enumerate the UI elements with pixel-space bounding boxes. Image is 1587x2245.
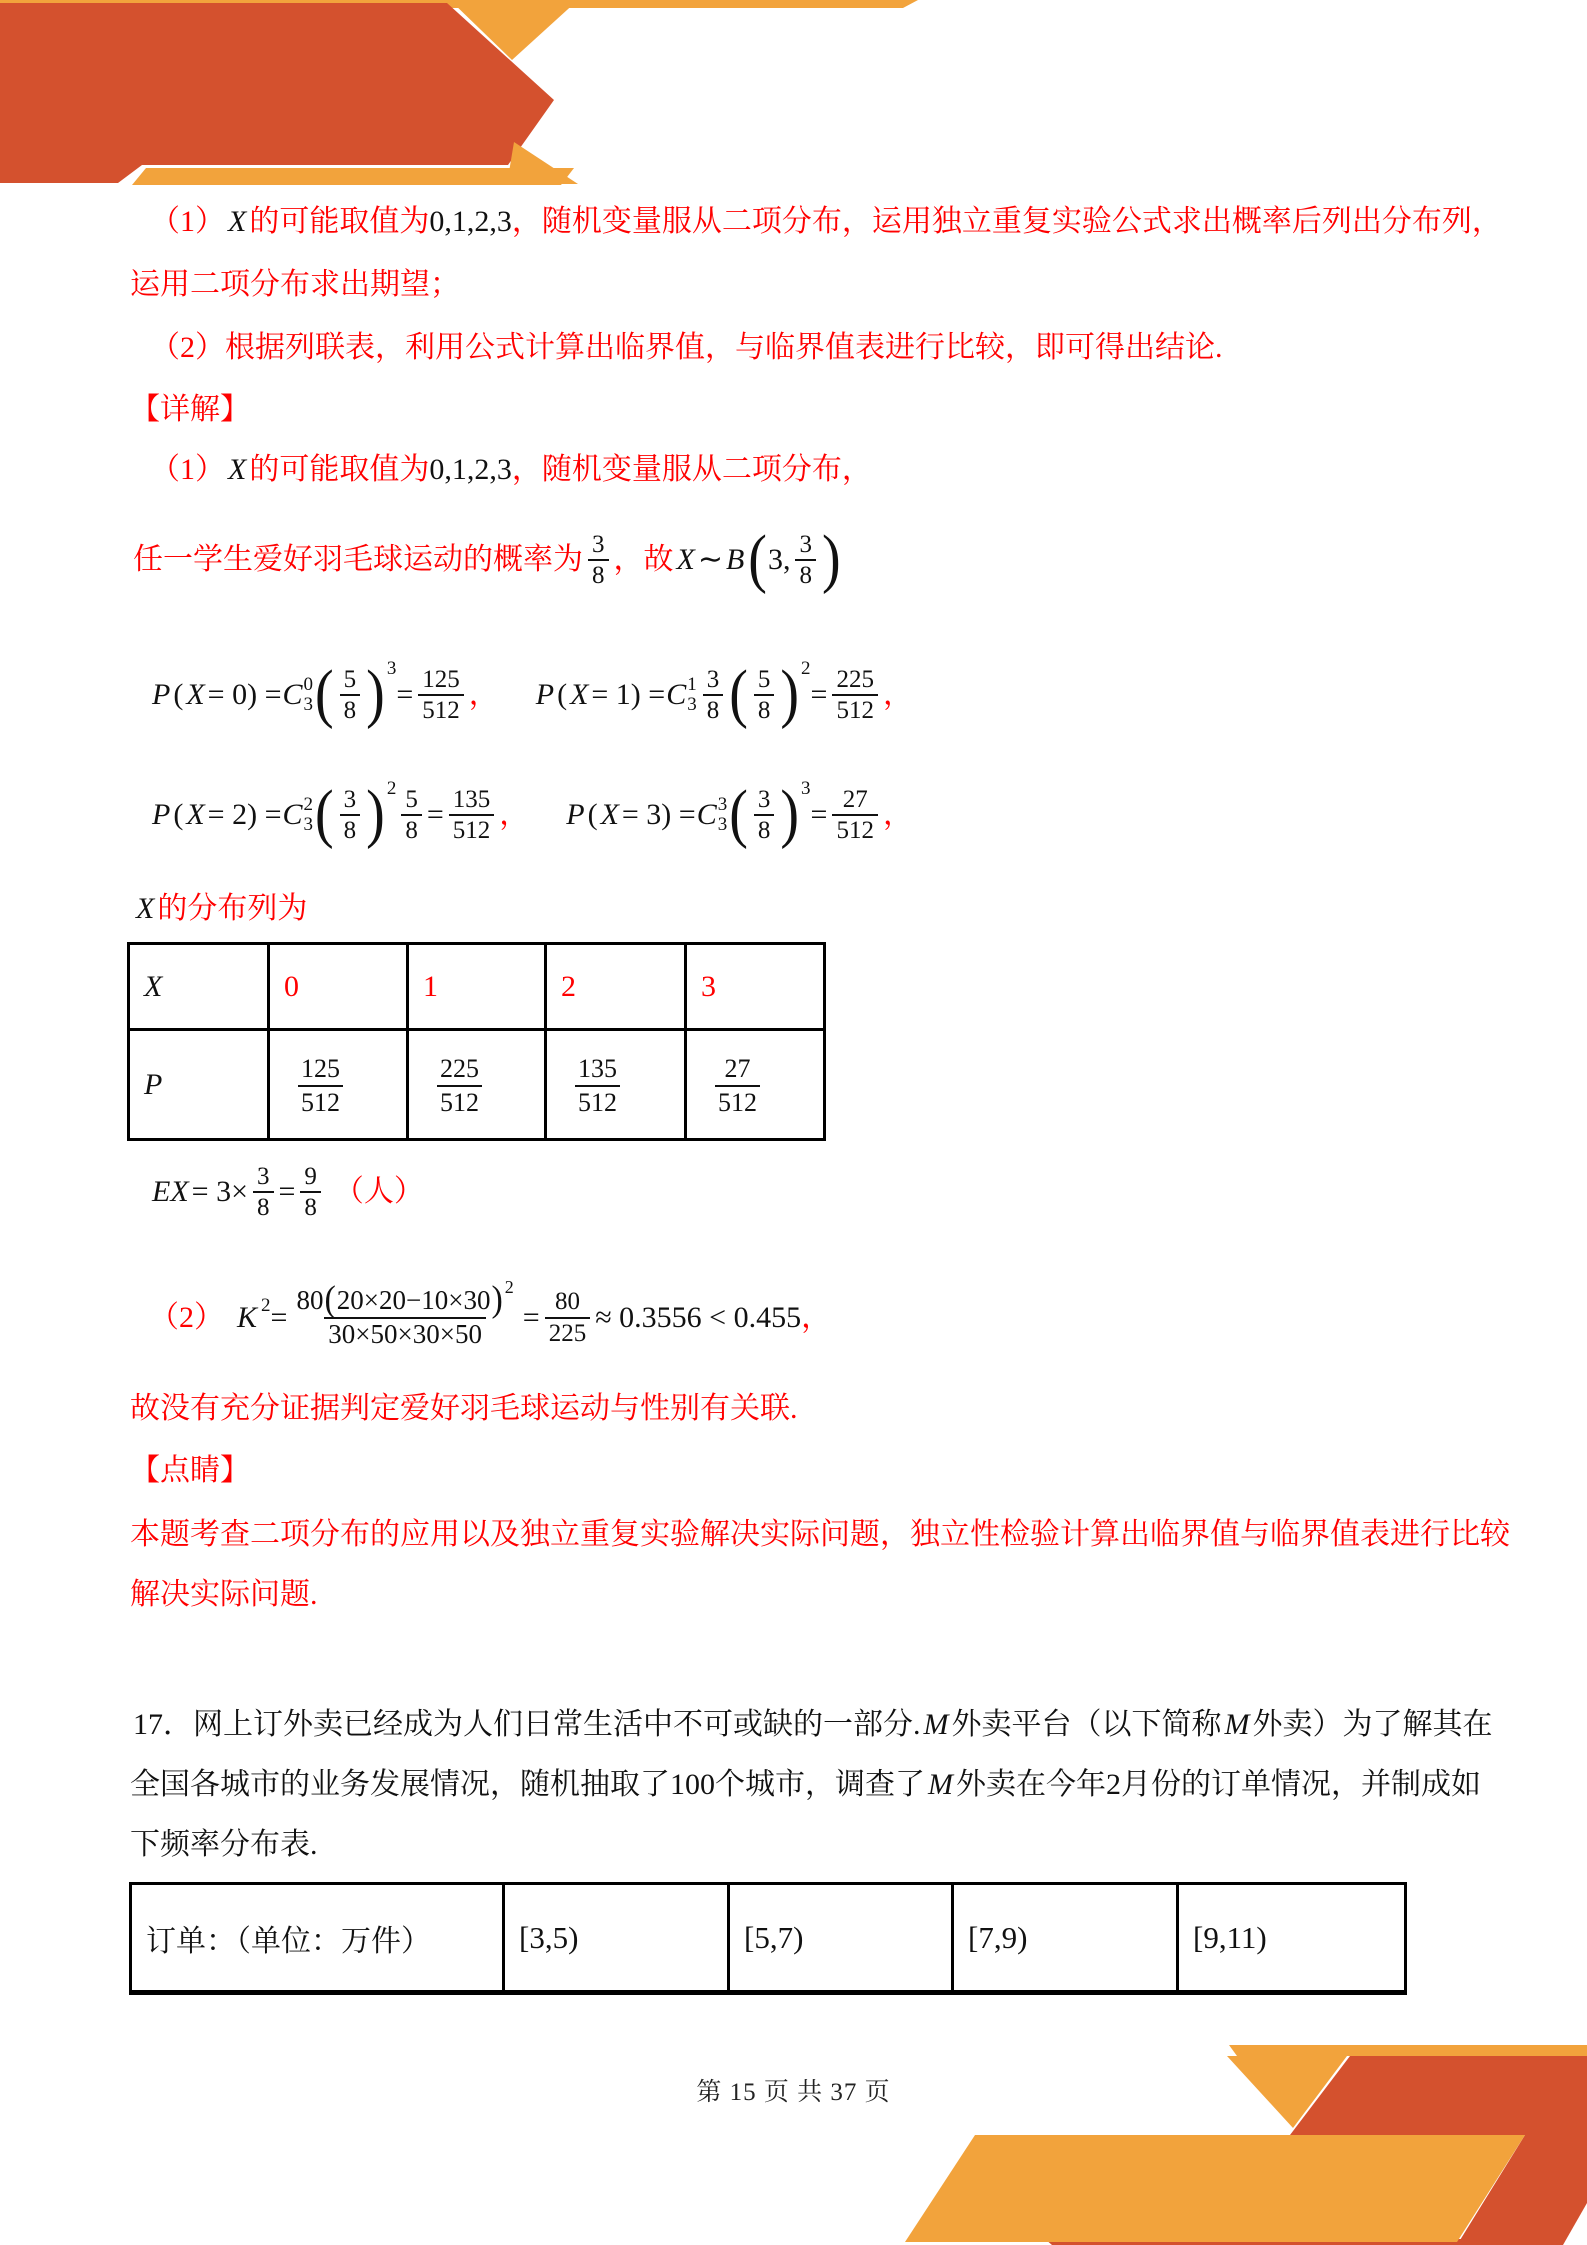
tip-line1: 本题考查二项分布的应用以及独立重复实验解决实际问题，独立性检验计算出临界值与临界… [130, 1515, 1510, 1555]
fraction: 27512 [715, 1054, 760, 1118]
table-cell: 125512 [269, 1030, 408, 1140]
freq-table-interval-cell: [7,9) [953, 1884, 1178, 1993]
analysis-part1b: 运用二项分布求出期望； [130, 265, 460, 305]
fraction: 225512 [832, 666, 878, 725]
distribution-table: X0123P12551222551213551227512 [127, 942, 826, 1141]
q17-line3: 下频率分布表. [130, 1825, 318, 1865]
dist-table-caption: X 的分布列为 [133, 889, 307, 929]
conclusion-line: 故没有充分证据判定爱好羽毛球运动与性别有关联. [130, 1389, 798, 1429]
fraction: 58 [401, 786, 422, 845]
binomial-coefficient: C23 [282, 795, 313, 835]
binomial-coefficient: C13 [666, 675, 697, 715]
fraction: 38 [340, 786, 361, 845]
table-cell: 135512 [546, 1030, 686, 1140]
page-number: 第 15 页 共 37 页 [0, 2072, 1587, 2108]
tip-header: 【点睛】 [130, 1451, 250, 1491]
fraction: 38 [754, 786, 775, 845]
fraction: 135512 [449, 786, 495, 845]
table-cell: 2 [546, 944, 686, 1030]
binomial-coefficient: C03 [282, 675, 313, 715]
fraction: 38 [703, 666, 724, 725]
chi-square-line: （2）K2 = 80(20×20−10×30)230×50×30×50 = 80… [149, 1270, 831, 1365]
table-cell: 0 [269, 944, 408, 1030]
fraction: 58 [754, 666, 775, 725]
q17-line1: 17．网上订外卖已经成为人们日常生活中不可或缺的一部分.M外卖平台（以下简称M外… [133, 1705, 1493, 1745]
fraction: 225512 [437, 1054, 482, 1118]
fraction: 125512 [298, 1054, 343, 1118]
fraction: 38 [253, 1163, 274, 1222]
table-cell: 225512 [408, 1030, 546, 1140]
freq-table-label-cell: 订单：（单位：万件） [131, 1884, 504, 1993]
fraction: 80225 [545, 1288, 591, 1347]
analysis-part2: （2）根据列联表，利用公式计算出临界值，与临界值表进行比较，即可得出结论. [150, 328, 1223, 368]
fraction: 58 [340, 666, 361, 725]
detail-header: 【详解】 [130, 390, 250, 430]
fraction: 135512 [575, 1054, 620, 1118]
table-cell: X [129, 944, 269, 1030]
analysis-part1: （1）X 的可能取值为0,1,2,3，随机变量服从二项分布，运用独立重复实验公式… [150, 202, 1502, 242]
fraction: 80(20×20−10×30)230×50×30×50 [292, 1285, 517, 1349]
document-page: （1）X 的可能取值为0,1,2,3，随机变量服从二项分布，运用独立重复实验公式… [0, 0, 1587, 2245]
expectation-line: EX = 3×38 = 98（人） [149, 1152, 424, 1232]
table-cell: 27512 [686, 1030, 825, 1140]
fraction: 125512 [418, 666, 464, 725]
table-cell: 3 [686, 944, 825, 1030]
frequency-table: 订单：（单位：万件）[3,5)[5,7)[7,9)[9,11) [129, 1882, 1407, 1995]
fraction: 27512 [832, 786, 878, 845]
table-cell: P [129, 1030, 269, 1140]
prob-line-2: P(X = 2) = C23(38)258 = 135512，P(X = 3) … [149, 770, 913, 860]
fraction: 38 [795, 531, 816, 590]
solution-line1: （1）X 的可能取值为0,1,2,3，随机变量服从二项分布， [150, 450, 872, 490]
freq-table-interval-cell: [3,5) [504, 1884, 729, 1993]
q17-line2: 全国各城市的业务发展情况，随机抽取了 100 个城市，调查了M外卖在今年 2 月… [130, 1765, 1481, 1805]
binomial-coefficient: C33 [697, 795, 728, 835]
freq-table-interval-cell: [9,11) [1178, 1884, 1406, 1993]
freq-table-interval-cell: [5,7) [729, 1884, 953, 1993]
table-cell: 1 [408, 944, 546, 1030]
solution-line2: 任一学生爱好羽毛球运动的概率为38，故X ∼ B(3,38) [133, 520, 842, 600]
prob-line-1: P(X = 0) = C03(58)3 = 125512，P(X = 1) = … [149, 650, 913, 740]
fraction: 38 [588, 531, 609, 590]
tip-line2: 解决实际问题. [130, 1575, 318, 1615]
fraction: 98 [300, 1163, 321, 1222]
